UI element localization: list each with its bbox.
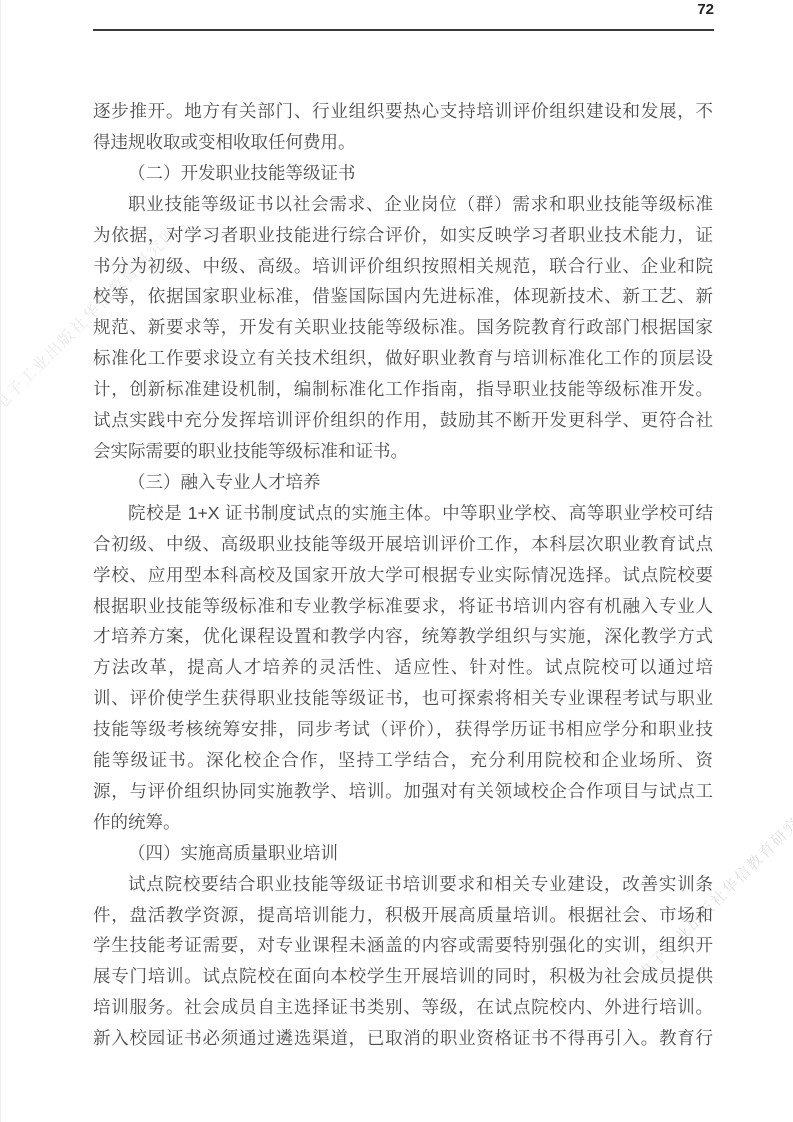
header-rule — [93, 29, 714, 31]
text-line: 职业技能等级证书以社会需求、企业岗位（群）需求和职业技能等级标准 — [93, 189, 713, 220]
text-line: 为依据，对学习者职业技能进行综合评价，如实反映学习者职业技术能力，证 — [93, 220, 713, 251]
page-number: 72 — [93, 1, 714, 18]
text-line: 院校是 1+X 证书制度试点的实施主体。中等职业学校、高等职业学校可结 — [93, 498, 713, 529]
text-line: 作的统筹。 — [93, 807, 713, 838]
text-line: 根据职业技能等级标准和专业教学标准要求，将证书培训内容有机融入专业人 — [93, 591, 713, 622]
text-line: 标准化工作要求设立有关技术组织，做好职业教育与培训标准化工作的顶层设 — [93, 343, 713, 374]
document-body: 逐步推开。地方有关部门、行业组织要热心支持培训评价组织建设和发展，不得违规收取或… — [93, 96, 713, 1054]
text-line: 会实际需要的职业技能等级标准和证书。 — [93, 436, 713, 467]
text-line: 才培养方案，优化课程设置和教学内容，统筹教学组织与实施，深化教学方式 — [93, 621, 713, 652]
text-line: 培训服务。社会成员自主选择证书类别、等级，在试点院校内、外进行培训。 — [93, 992, 713, 1023]
text-line: 试点院校要结合职业技能等级证书培训要求和相关专业建设，改善实训条 — [93, 869, 713, 900]
text-line: 源，与评价组织协同实施教学、培训。加强对有关领域校企合作项目与试点工 — [93, 776, 713, 807]
section-heading: （三）融入专业人才培养 — [93, 467, 713, 498]
text-line: 逐步推开。地方有关部门、行业组织要热心支持培训评价组织建设和发展，不 — [93, 96, 713, 127]
text-line: 训、评价使学生获得职业技能等级证书，也可探索将相关专业课程考试与职业 — [93, 683, 713, 714]
text-line: 校等，依据国家职业标准，借鉴国际国内先进标准，体现新技术、新工艺、新 — [93, 281, 713, 312]
text-line: 计，创新标准建设机制，编制标准化工作指南，指导职业技能等级标准开发。 — [93, 374, 713, 405]
text-line: 新入校园证书必须通过遴选渠道，已取消的职业资格证书不得再引入。教育行 — [93, 1023, 713, 1054]
section-heading: （二）开发职业技能等级证书 — [93, 158, 713, 189]
text-line: 技能等级考核统筹安排，同步考试（评价），获得学历证书相应学分和职业技 — [93, 714, 713, 745]
text-line: 方法改革，提高人才培养的灵活性、适应性、针对性。试点院校可以通过培 — [93, 652, 713, 683]
text-line: 得违规收取或变相收取任何费用。 — [93, 127, 713, 158]
text-line: 试点实践中充分发挥培训评价组织的作用，鼓励其不断开发更科学、更符合社 — [93, 405, 713, 436]
text-line: 学校、应用型本科高校及国家开放大学可根据专业实际情况选择。试点院校要 — [93, 560, 713, 591]
document-page: 电子工业出版社华信教育研究所 电子工业出版社华信教育研究所 72 逐步推开。地方… — [0, 0, 793, 1122]
text-line: 展专门培训。试点院校在面向本校学生开展培训的同时，积极为社会成员提供 — [93, 961, 713, 992]
text-line: 合初级、中级、高级职业技能等级开展培训评价工作，本科层次职业教育试点 — [93, 529, 713, 560]
section-heading: （四）实施高质量职业培训 — [93, 838, 713, 869]
text-line: 能等级证书。深化校企合作，坚持工学结合，充分利用院校和企业场所、资 — [93, 745, 713, 776]
text-line: 规范、新要求等，开发有关职业技能等级标准。国务院教育行政部门根据国家 — [93, 312, 713, 343]
text-line: 学生技能考证需要，对专业课程未涵盖的内容或需要特别强化的实训，组织开 — [93, 930, 713, 961]
text-line: 书分为初级、中级、高级。培训评价组织按照相关规范，联合行业、企业和院 — [93, 251, 713, 282]
text-line: 件，盘活教学资源，提高培训能力，积极开展高质量培训。根据社会、市场和 — [93, 900, 713, 931]
